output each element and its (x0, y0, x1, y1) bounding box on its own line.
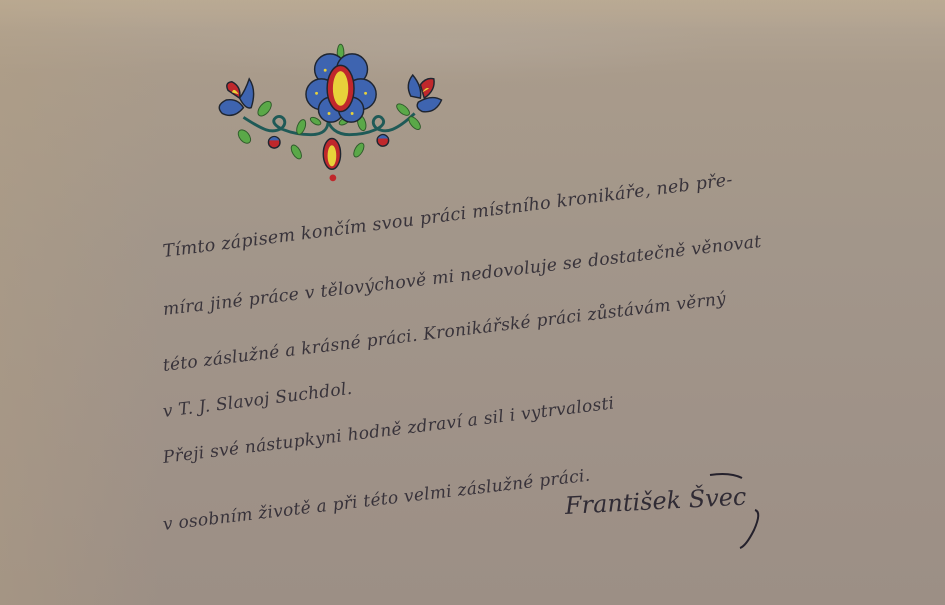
text-line-4: v T. J. Slavoj Suchdol. (162, 379, 354, 422)
text-line-6: v osobním životě a při této velmi zásluž… (162, 466, 592, 535)
handwritten-text-block: Tímto zápisem končím svou práci místního… (0, 0, 945, 605)
signature-flourish-icon (700, 470, 780, 560)
